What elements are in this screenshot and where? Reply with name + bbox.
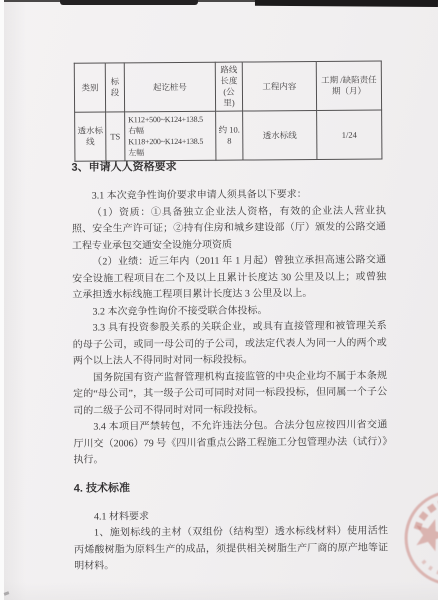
para-4-1-item-1: 1、施划标线的主材（双组份（结构型）透水标线材料）使用活性丙烯酸树脂为原料生产的… bbox=[74, 524, 388, 576]
header-stake-range: 起讫桩号 bbox=[124, 62, 215, 112]
header-work-content: 工程内容 bbox=[242, 62, 316, 112]
para-3-4: 3.4 本项目严禁转包，不允许违法分包。合法分包应按四川省交通厅川交（2006）… bbox=[73, 418, 387, 470]
stake-line-2: K118+200~K124+138.5 左幅 bbox=[128, 136, 212, 159]
cell-route-length: 约 10.8 bbox=[216, 111, 243, 160]
company-seal-stamp-icon bbox=[392, 484, 438, 596]
document-content: 类别 标段 起讫桩号 路线长度(公里) 工程内容 工期 /缺陷责任期（月） 透水… bbox=[0, 0, 438, 600]
para-3-1-item-2: （2）业绩：近三年内（2011 年 1 月起）曾独立承担高速公路交通安全设施工程… bbox=[72, 253, 386, 305]
cell-stake-range: K112+500~K124+138.5 右幅 K118+200~K124+138… bbox=[125, 111, 216, 161]
para-3-3: 3.3 具有投资参股关系的关联企业，或具有直接管理和被管理关系的母子公司，或同一… bbox=[73, 319, 387, 371]
para-3-3-note: 国务院国有资产监督管理机构直接监管的中央企业均不属于本条规定的“母公司”，其一级… bbox=[73, 368, 387, 420]
header-lot: 标段 bbox=[105, 63, 124, 112]
header-route-length: 路线长度(公里) bbox=[215, 62, 242, 111]
cell-work-content: 透水标线 bbox=[243, 111, 317, 161]
cell-period: 1/24 bbox=[317, 110, 382, 159]
table-row: 透水标线 TS K112+500~K124+138.5 右幅 K118+200~… bbox=[75, 110, 382, 161]
cell-category: 透水标线 bbox=[75, 112, 106, 161]
stake-line-1: K112+500~K124+138.5 右幅 bbox=[128, 114, 212, 137]
scanned-document-page: 类别 标段 起讫桩号 路线长度(公里) 工程内容 工期 /缺陷责任期（月） 透水… bbox=[0, 0, 438, 600]
project-summary-table: 类别 标段 起讫桩号 路线长度(公里) 工程内容 工期 /缺陷责任期（月） 透水… bbox=[74, 61, 383, 162]
table-header-row: 类别 标段 起讫桩号 路线长度(公里) 工程内容 工期 /缺陷责任期（月） bbox=[74, 61, 381, 112]
header-period: 工期 /缺陷责任期（月） bbox=[316, 61, 381, 110]
cell-lot: TS bbox=[106, 112, 125, 161]
section-4-heading: 4. 技术标准 bbox=[74, 479, 388, 496]
para-3-1-item-1: （1）资质：①具备独立企业法人资格，有效的企业法人营业执照、安全生产许可证；②持… bbox=[72, 203, 386, 255]
section-3-heading: 3、申请人人资格要求 bbox=[71, 159, 385, 176]
header-category: 类别 bbox=[74, 63, 105, 112]
document-body: 3、申请人人资格要求 3.1 本次竞争性询价要求申请人须具备以下要求： （1）资… bbox=[71, 159, 388, 576]
